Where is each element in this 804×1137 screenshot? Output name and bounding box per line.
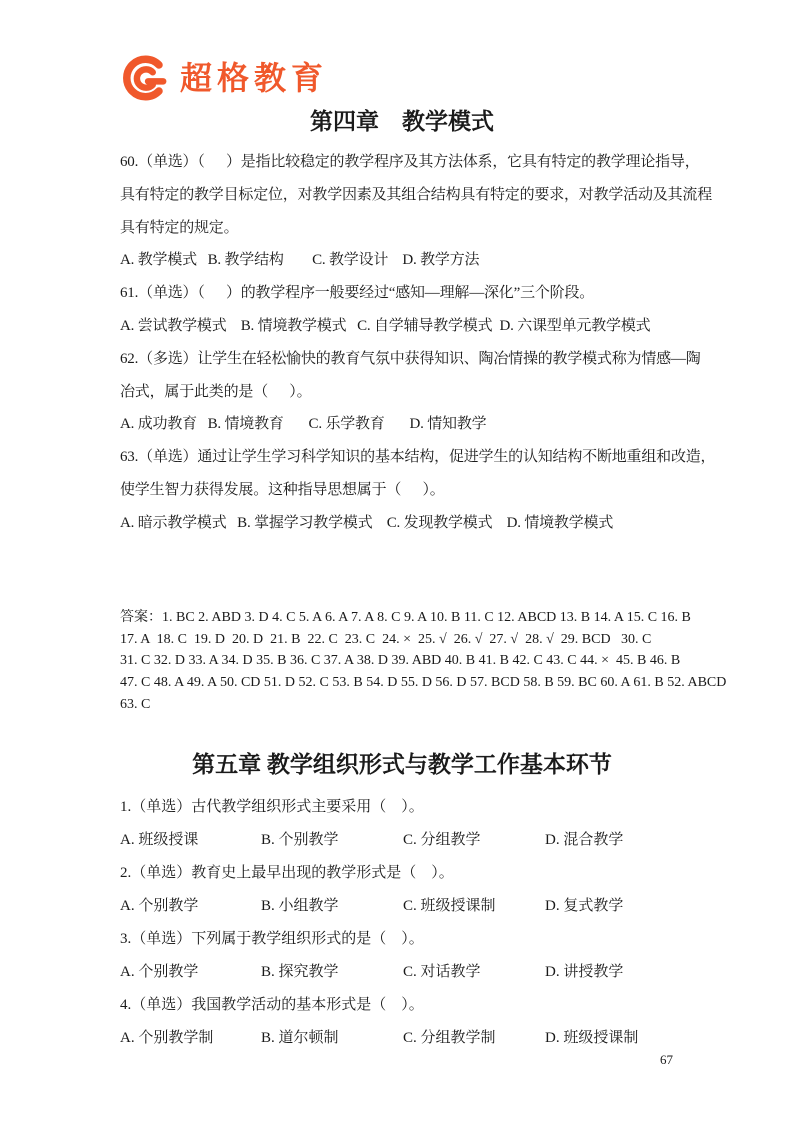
option-b: B. 道尔顿制 [261,1022,339,1055]
question-3-options: A. 个别教学 B. 探究教学 C. 对话教学 D. 讲授教学 [120,956,690,989]
option-b: B. 小组教学 [261,890,339,923]
option-b: B. 探究教学 [261,956,339,989]
option-d: D. 混合教学 [545,824,623,857]
question-2-options: A. 个别教学 B. 小组教学 C. 班级授课制 D. 复式教学 [120,890,690,923]
question-62-line-2: 冶式，属于此类的是（ ）。 [120,376,690,409]
option-c: C. 班级授课制 [403,890,496,923]
option-a: A. 个别教学 [120,890,198,923]
question-60-options: A. 教学模式 B. 教学结构 C. 教学设计 D. 教学方法 [120,244,690,277]
page: 超格教育 第四章 教学模式 60.（单选）（ ）是指比较稳定的教学程序及其方法体… [0,0,804,1137]
option-c: C. 分组教学 [403,824,481,857]
option-c: C. 对话教学 [403,956,481,989]
question-61-options: A. 尝试教学模式 B. 情境教学模式 C. 自学辅导教学模式 D. 六课型单元… [120,310,690,343]
option-d: D. 班级授课制 [545,1022,638,1055]
page-number: 67 [660,1052,673,1068]
answer-key-line: 63. C [120,694,692,716]
question-4-options: A. 个别教学制 B. 道尔顿制 C. 分组教学制 D. 班级授课制 [120,1022,690,1055]
question-1-options: A. 班级授课 B. 个别教学 C. 分组教学 D. 混合教学 [120,824,690,857]
question-61-text: 61.（单选）（ ）的教学程序一般要经过“感知—理解—深化”三个阶段。 [120,277,690,310]
answer-key-line: 31. C 32. D 33. A 34. D 35. B 36. C 37. … [120,650,692,672]
option-a: A. 个别教学 [120,956,198,989]
question-62-options: A. 成功教育 B. 情境教育 C. 乐学教育 D. 情知教学 [120,408,690,441]
option-a: A. 个别教学制 [120,1022,213,1055]
question-63-line-1: 63.（单选）通过让学生学习科学知识的基本结构，促进学生的认知结构不断地重组和改… [120,441,690,474]
question-63-options: A. 暗示教学模式 B. 掌握学习教学模式 C. 发现教学模式 D. 情境教学模… [120,507,690,540]
question-62-line-1: 62.（多选）让学生在轻松愉快的教育气氛中获得知识、陶冶情操的教学模式称为情感—… [120,343,690,376]
option-d: D. 讲授教学 [545,956,623,989]
question-3-text: 3.（单选）下列属于教学组织形式的是（ ）。 [120,923,690,956]
question-60-line-2: 具有特定的教学目标定位，对教学因素及其组合结构具有特定的要求，对教学活动及其流程 [120,179,690,212]
brand-logo-text: 超格教育 [180,62,328,94]
answer-key-line: 17. A 18. C 19. D 20. D 21. B 22. C 23. … [120,629,692,651]
question-1-text: 1.（单选）古代教学组织形式主要采用（ ）。 [120,791,690,824]
chapter4-questions: 60.（单选）（ ）是指比较稳定的教学程序及其方法体系，它具有特定的教学理论指导… [120,146,690,540]
chapter4-title: 第四章 教学模式 [120,106,684,138]
chapter5-title: 第五章 教学组织形式与教学工作基本环节 [120,748,684,782]
question-60-line-1: 60.（单选）（ ）是指比较稳定的教学程序及其方法体系，它具有特定的教学理论指导… [120,146,690,179]
answer-key-line: 答案：1. BC 2. ABD 3. D 4. C 5. A 6. A 7. A… [120,607,692,629]
option-c: C. 分组教学制 [403,1022,496,1055]
chapter5-questions: 1.（单选）古代教学组织形式主要采用（ ）。 A. 班级授课 B. 个别教学 C… [120,791,690,1055]
option-a: A. 班级授课 [120,824,198,857]
option-b: B. 个别教学 [261,824,339,857]
answer-key: 答案：1. BC 2. ABD 3. D 4. C 5. A 6. A 7. A… [120,607,692,716]
question-60-line-3: 具有特定的规定。 [120,212,690,245]
question-4-text: 4.（单选）我国教学活动的基本形式是（ ）。 [120,989,690,1022]
brand-logo: 超格教育 [121,53,328,103]
answer-key-line: 47. C 48. A 49. A 50. CD 51. D 52. C 53.… [120,672,692,694]
question-63-line-2: 使学生智力获得发展。这种指导思想属于（ ）。 [120,474,690,507]
question-2-text: 2.（单选）教育史上最早出现的教学形式是（ ）。 [120,857,690,890]
brand-logo-icon [121,53,171,103]
option-d: D. 复式教学 [545,890,623,923]
